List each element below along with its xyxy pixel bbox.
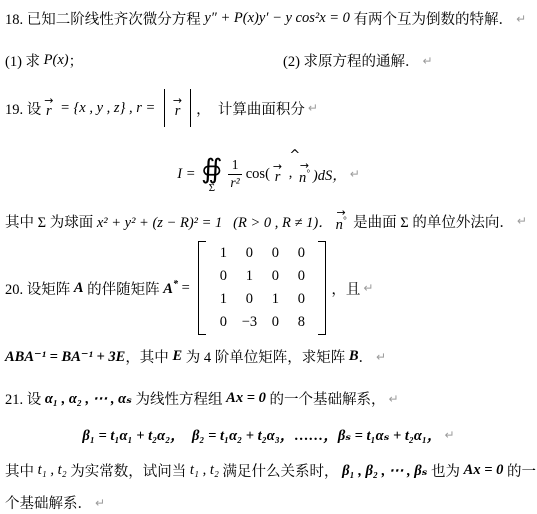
p18-part2-text: (2) 求原方程的通解． <box>283 50 420 71</box>
paragraph-return-mark: ↵ <box>445 428 455 442</box>
problem-21-beta-definitions: β₁ = t₁α₁ + t₂α₂， β₂ = t₁α₂ + t₂α₃，……，βₛ… <box>0 424 537 445</box>
vector-r-letter: r <box>46 104 52 119</box>
problem-21-question-wrap: 个基础解系． ↵ <box>5 492 105 513</box>
abs-bar-right <box>190 89 191 127</box>
problem-19-formula: I = ∯Σ 1r² cos( ^ →r , →n° )dS， ↵ <box>0 146 537 202</box>
problem-20-statement: 20. 设矩阵 A 的伴随矩阵 A* = 1000 0100 1010 0−30… <box>5 240 373 336</box>
paragraph-return-mark: ↵ <box>517 214 527 228</box>
problem-20-equation: ABA⁻¹ = BA⁻¹ + 3E，其中 E 为 4 阶单位矩阵，求矩阵 B． … <box>5 346 386 367</box>
angle-hat-symbol: ^ <box>289 148 300 163</box>
matrix-bracket-left <box>198 241 206 335</box>
angle-between-vectors: ^ →r , →n° <box>270 162 313 186</box>
p18-part1-post: ； <box>69 50 84 71</box>
ABA-equation: ABA⁻¹ = BA⁻¹ + 3E <box>5 348 125 366</box>
matrix-cell: 1 <box>272 291 279 308</box>
p21-text-post: 的一个基础解系， <box>266 388 386 409</box>
vector-n-unit-normal: →n° <box>299 162 310 186</box>
p20-text-mid: 的伴随矩阵 <box>84 278 164 299</box>
p19-where-pre: 其中 Σ 为球面 <box>5 211 97 232</box>
p18-text-pre: 18. 已知二阶线性齐次微分方程 <box>5 8 204 29</box>
vector-r-letter: r <box>175 104 181 119</box>
paragraph-return-mark: ↵ <box>350 167 360 181</box>
matrix-cell: 0 <box>272 314 279 331</box>
p21-tail-t4: 也为 <box>427 460 463 481</box>
beta-list: β₁ , β₂ , ⋯ , βₛ <box>342 462 427 480</box>
matrix-cell: 1 <box>220 291 227 308</box>
fraction-1-over-r-squared: 1r² <box>228 157 241 192</box>
problem-19-intro: 19. 设 →r = {x , y , z} , r = →r ， 计算曲面积分… <box>5 88 318 128</box>
vector-r-letter: r <box>275 170 281 185</box>
matrix-cell: 0 <box>298 291 305 308</box>
paragraph-return-mark: ↵ <box>308 101 318 115</box>
vector-r: →r <box>44 97 53 119</box>
paragraph-return-mark: ↵ <box>363 281 373 295</box>
t1-t2-symbols: t₁ , t₂ <box>38 462 67 479</box>
matrix-cell: 0 <box>298 245 305 262</box>
fraction-numerator: 1 <box>230 157 241 174</box>
vector-separator-comma: , <box>285 165 296 182</box>
matrix-cell: 0 <box>298 268 305 285</box>
matrix-cell: 0 <box>220 314 227 331</box>
vector-n-letter: n° <box>299 169 310 186</box>
vector-r: →r <box>273 163 282 185</box>
paragraph-return-mark: ↵ <box>95 496 105 510</box>
n-degree-mark: ° <box>343 215 347 225</box>
matrix-A-symbol: A <box>74 280 84 297</box>
double-closed-integral-glyph: ∯ <box>201 156 222 184</box>
vector-n-unit-normal: →n° <box>336 209 347 233</box>
problem-21-question: 其中 t₁ , t₂ 为实常数，试问当 t₁ , t₂ 满足什么关系时， β₁ … <box>5 460 536 481</box>
formula-tail-dS: )dS， <box>313 164 347 185</box>
adjoint-A-letter: A <box>163 280 173 296</box>
p21-text-mid1: 为线性方程组 <box>132 388 226 409</box>
paragraph-return-mark: ↵ <box>388 392 398 406</box>
matrix-cell: 1 <box>220 245 227 262</box>
n-degree-mark: ° <box>306 168 310 178</box>
Ax-equals-0: Ax = 0 <box>464 462 504 479</box>
p18-part1-math: P(x) <box>44 52 69 69</box>
vector-n-letter: n° <box>336 216 347 233</box>
p21-tail-t1: 其中 <box>5 460 38 481</box>
fraction-denominator: r² <box>228 174 241 192</box>
document-page: 18. 已知二阶线性齐次微分方程 y″ + P(x)y′ − y cos²x =… <box>0 0 537 514</box>
n-letter: n <box>336 217 343 233</box>
abs-bar-left <box>164 89 165 127</box>
t1-t2-symbols: t₁ , t₂ <box>190 462 219 479</box>
p20-eq2-end: ． <box>359 346 374 367</box>
matrix-cell: 0 <box>272 268 279 285</box>
cos-open: cos( <box>246 166 270 183</box>
paragraph-return-mark: ↵ <box>423 54 433 68</box>
sphere-equation: x² + y² + (z − R)² = 1 (R > 0 , R ≠ 1)． <box>97 211 333 232</box>
paragraph-return-mark: ↵ <box>516 12 526 26</box>
problem-19-where-clause: 其中 Σ 为球面 x² + y² + (z − R)² = 1 (R > 0 ,… <box>5 204 527 238</box>
Ax-equals-0: Ax = 0 <box>226 390 266 407</box>
vector-r: →r <box>173 97 182 119</box>
problem-18-part2: (2) 求原方程的通解． ↵ <box>283 50 433 71</box>
matrix-cell: 0 <box>272 245 279 262</box>
surface-integral-symbol: ∯Σ <box>201 156 222 193</box>
p21-tail-t2: 为实常数，试问当 <box>67 460 190 481</box>
p21-text-pre: 21. 设 <box>5 388 45 409</box>
identity-E-symbol: E <box>172 348 182 365</box>
matrix-cell: 0 <box>220 268 227 285</box>
p19-text-pre: 19. 设 <box>5 98 41 119</box>
matrix-B-symbol: B <box>349 348 359 365</box>
integral-domain-sigma: Σ <box>209 184 215 193</box>
matrix-grid: 1000 0100 1010 0−308 <box>206 241 318 335</box>
paragraph-return-mark: ↵ <box>376 350 386 364</box>
p20-eq2-mid2: 为 4 阶单位矩阵，求矩阵 <box>182 346 349 367</box>
matrix-bracket-right <box>318 241 326 335</box>
problem-18-part1: (1) 求 P(x)； <box>5 50 83 71</box>
problem-21-intro: 21. 设 α₁ , α₂ , ⋯ , αₛ 为线性方程组 Ax = 0 的一个… <box>5 388 399 409</box>
alpha-basis-list: α₁ , α₂ , ⋯ , αₛ <box>45 390 132 408</box>
matrix-cell: 1 <box>246 268 253 285</box>
formula-lhs: I = <box>177 166 199 183</box>
p20-text-post: ，且 <box>331 278 360 299</box>
p18-ode-equation: y″ + P(x)y′ − y cos²x = 0 <box>204 10 350 27</box>
p19-where-post: 是曲面 Σ 的单位外法向． <box>350 211 514 232</box>
matrix-cell: 0 <box>246 291 253 308</box>
problem-18-statement: 18. 已知二阶线性齐次微分方程 y″ + P(x)y′ − y cos²x =… <box>5 8 526 29</box>
adjoint-matrix: 1000 0100 1010 0−308 <box>198 241 326 335</box>
p19-r-definition: = {x , y , z} , r = <box>56 100 158 117</box>
beta-equations: β₁ = t₁α₁ + t₂α₂， β₂ = t₁α₂ + t₂α₃，……，βₛ… <box>82 424 441 445</box>
equals-sign: = <box>178 280 193 297</box>
p20-eq2-mid1: ，其中 <box>125 346 172 367</box>
p19-text-post: ， 计算曲面积分 <box>196 98 305 119</box>
p18-part1-pre: (1) 求 <box>5 50 44 71</box>
p21-tail-t3: 满足什么关系时， <box>219 460 342 481</box>
matrix-cell: −3 <box>242 314 257 331</box>
p21-last-line: 个基础解系． <box>5 492 92 513</box>
p21-tail-t5: 的一 <box>503 460 536 481</box>
matrix-cell: 0 <box>246 245 253 262</box>
p20-text-pre: 20. 设矩阵 <box>5 278 74 299</box>
matrix-cell: 8 <box>298 314 305 331</box>
p18-text-post: 有两个互为倒数的特解． <box>350 8 513 29</box>
adjoint-A-symbol: A* <box>163 279 178 298</box>
